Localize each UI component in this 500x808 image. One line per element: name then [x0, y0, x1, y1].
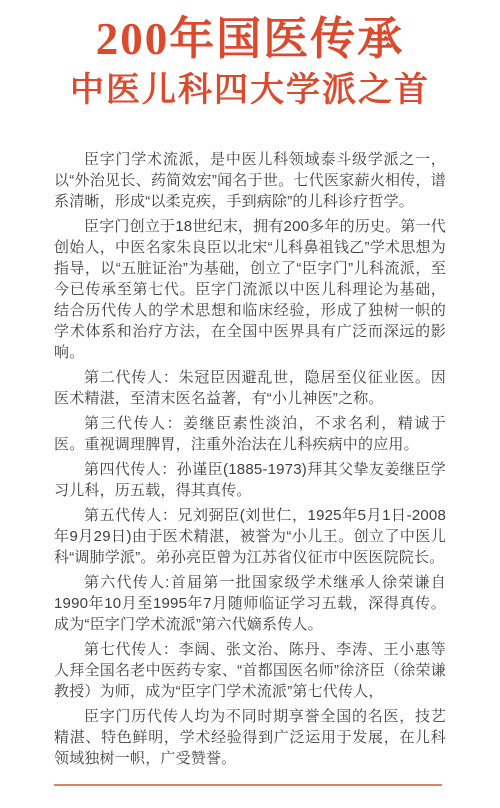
article-page: 200年国医传承 中医儿科四大学派之首 臣字门学术流派，是中医儿科领域泰斗级学派… — [0, 0, 500, 808]
paragraph-conclusion: 臣字门历代传人均为不同时期享誉全国的名医，技艺精湛、特色鲜明，学术经验得到广泛运… — [54, 706, 446, 769]
page-title: 200年国医传承 — [0, 13, 500, 66]
paragraph-generation-6: 第六代传人:首届第一批国家级学术继承人徐荣谦自1990年10月至1995年7月随… — [54, 572, 446, 635]
paragraph-generation-4: 第四代传人：孙谨臣(1885-1973)拜其父挚友姜继臣学习儿科，历五载，得其真… — [54, 459, 446, 501]
paragraph-intro: 臣字门学术流派，是中医儿科领域泰斗级学派之一，以“外治见长、药简效宏”闻名于世。… — [54, 149, 446, 212]
paragraph-history: 臣字门创立于18世纪末，拥有200多年的历史。第一代创始人，中医名家朱良臣以北宋… — [54, 216, 446, 363]
article-header: 200年国医传承 中医儿科四大学派之首 — [0, 0, 500, 110]
bottom-divider — [54, 784, 442, 786]
page-subtitle: 中医儿科四大学派之首 — [0, 71, 500, 110]
paragraph-generation-2: 第二代传人：朱冠臣因避乱世，隐居至仪征业医。因医术精湛，至清末医名益著，有“小儿… — [54, 367, 446, 409]
paragraph-generation-3: 第三代传人：姜继臣素性淡泊，不求名利，精诚于医。重视调理脾胃，注重外治法在儿科疾… — [54, 413, 446, 455]
article-body: 臣字门学术流派，是中医儿科领域泰斗级学派之一，以“外治见长、药简效宏”闻名于世。… — [54, 149, 446, 769]
paragraph-generation-7: 第七代传人：李阔、张文治、陈丹、李涛、王小惠等人拜全国名老中医药专家、“首都国医… — [54, 639, 446, 702]
paragraph-generation-5: 第五代传人：兄刘弼臣(刘世仁，1925年5月1日-2008年9月29日)由于医术… — [54, 505, 446, 568]
